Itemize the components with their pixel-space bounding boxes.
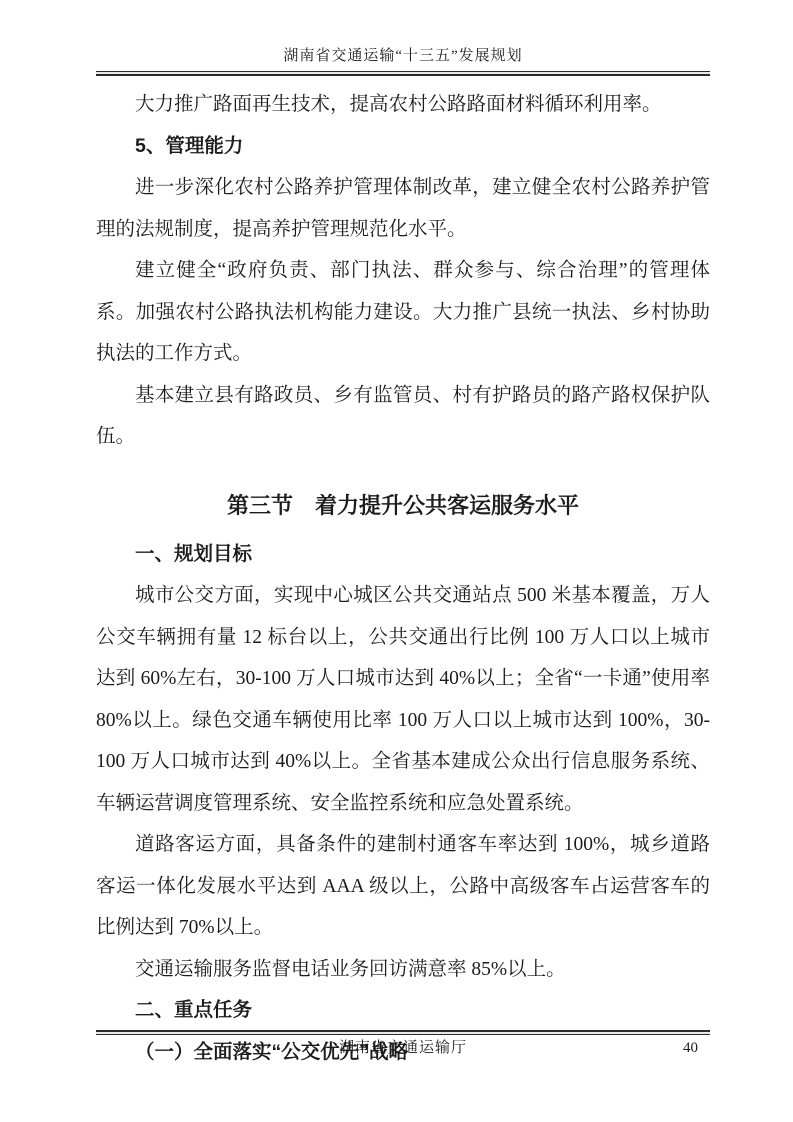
footer-rule bbox=[96, 1030, 710, 1035]
paragraph-pavement-recycling: 大力推广路面再生技术，提高农村公路路面材料循环利用率。 bbox=[96, 84, 710, 126]
paragraph-road-passenger-goals: 道路客运方面，具备条件的建制村通客车率达到 100%，城乡道路客运一体化发展水平… bbox=[96, 824, 710, 949]
heading-key-tasks: 二、重点任务 bbox=[96, 990, 710, 1032]
page-header: 湖南省交通运输“十三五”发展规划 bbox=[96, 0, 710, 76]
paragraph-law-enforcement-system: 建立健全“政府负责、部门执法、群众参与、综合治理”的管理体系。加强农村公路执法机… bbox=[96, 250, 710, 375]
section-title-public-transport: 第三节 着力提升公共客运服务水平 bbox=[96, 482, 710, 530]
paragraph-urban-bus-goals: 城市公交方面，实现中心城区公共交通站点 500 米基本覆盖，万人公交车辆拥有量 … bbox=[96, 575, 710, 824]
heading-management-capacity: 5、管理能力 bbox=[96, 126, 710, 168]
paragraph-service-hotline: 交通运输服务监督电话业务回访满意率 85%以上。 bbox=[96, 949, 710, 991]
heading-planning-goals: 一、规划目标 bbox=[96, 534, 710, 576]
paragraph-maintenance-reform: 进一步深化农村公路养护管理体制改革，建立健全农村公路养护管理的法规制度，提高养护… bbox=[96, 167, 710, 250]
document-body: 大力推广路面再生技术，提高农村公路路面材料循环利用率。 5、管理能力 进一步深化… bbox=[96, 84, 710, 1073]
page-number: 40 bbox=[683, 1038, 698, 1058]
footer-organization: 湖南省交通运输厅 bbox=[96, 1038, 710, 1058]
header-rule bbox=[96, 71, 710, 76]
paragraph-road-protection-team: 基本建立县有路政员、乡有监管员、村有护路员的路产路权保护队伍。 bbox=[96, 375, 710, 458]
page-footer: 湖南省交通运输厅 40 bbox=[96, 1030, 710, 1058]
header-title: 湖南省交通运输“十三五”发展规划 bbox=[96, 0, 710, 66]
document-page: 湖南省交通运输“十三五”发展规划 大力推广路面再生技术，提高农村公路路面材料循环… bbox=[0, 0, 793, 1122]
footer-line: 湖南省交通运输厅 40 bbox=[96, 1038, 710, 1058]
